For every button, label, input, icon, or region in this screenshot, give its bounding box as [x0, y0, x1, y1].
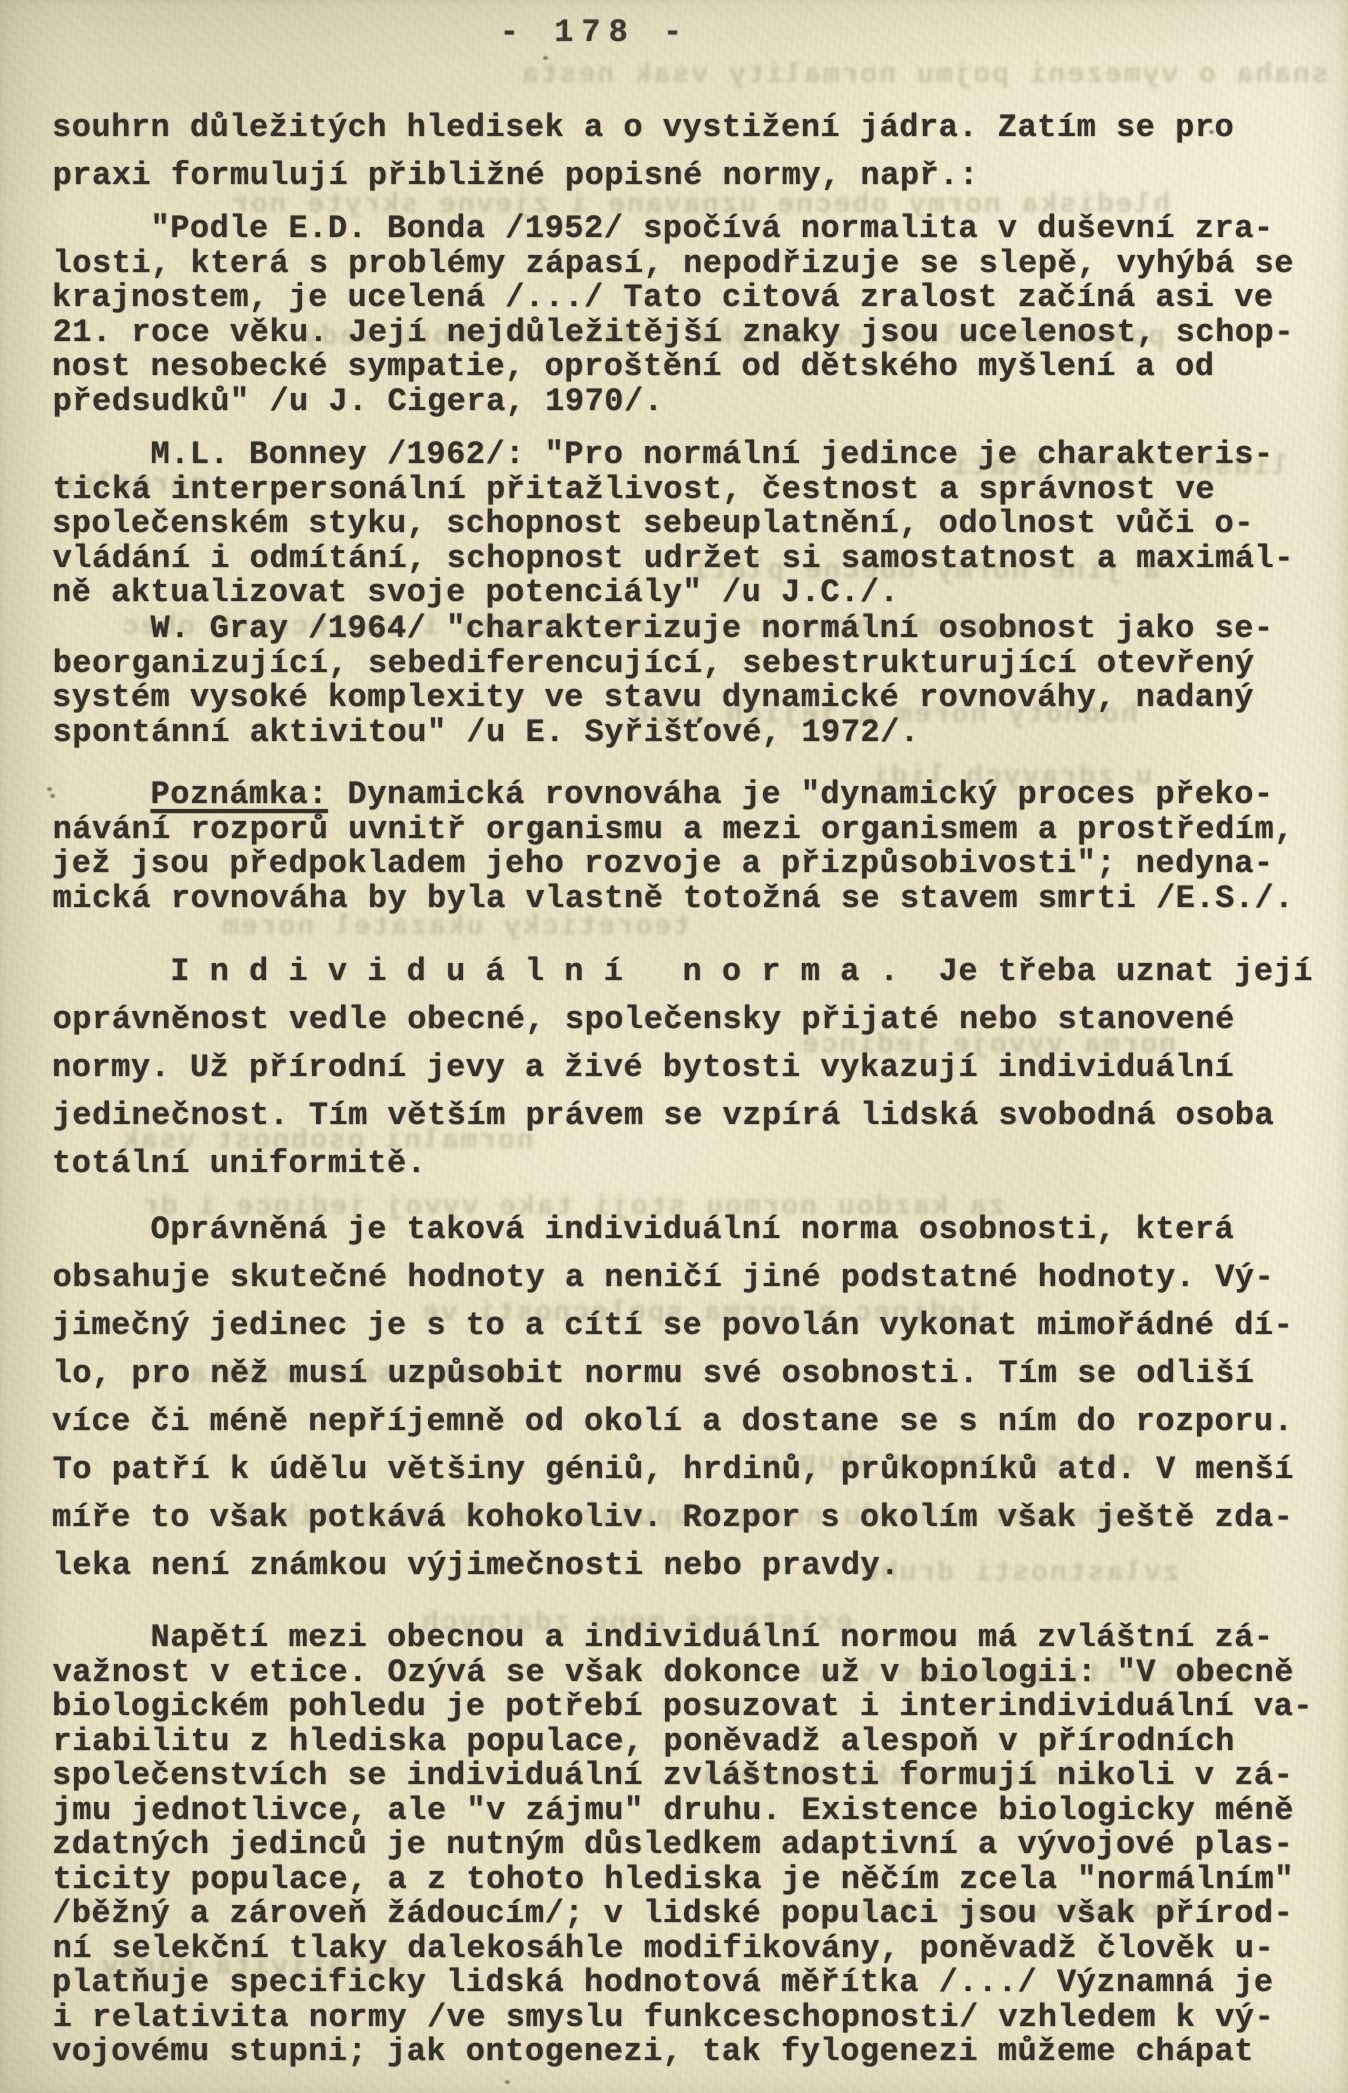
underlined-label: Poznámka: — [151, 776, 328, 813]
text-segment: Dynamická rovnováha je "dynamický proces… — [328, 776, 1274, 813]
text-line: W. Gray /1964/ "charakterizuje normální … — [52, 612, 1322, 647]
text-line: normy. Už přírodní jevy a živé bytosti v… — [52, 1044, 1322, 1092]
paragraph: Oprávněná je taková individuální norma o… — [52, 1206, 1322, 1590]
text-line: tická interpersonální přitažlivost, čest… — [53, 473, 1323, 508]
text-segment — [52, 776, 151, 813]
text-line: zdatných jedinců je nutným důsledkem ada… — [52, 1828, 1322, 1863]
ink-speck — [47, 787, 52, 791]
paragraph: I n d i v i d u á l n í n o r m a . Je t… — [52, 948, 1322, 1188]
paragraph: Poznámka: Dynamická rovnováha je "dynami… — [52, 778, 1322, 916]
text-line: ticity populace, a z tohoto hlediska je … — [53, 1863, 1323, 1898]
text-line: oprávněnost vedle obecné, společensky př… — [53, 996, 1323, 1044]
text-line: važnost v etice. Ozývá se však dokonce u… — [53, 1656, 1323, 1691]
text-line: krajnostem, je ucelená /.../ Tato citová… — [52, 281, 1322, 316]
text-line: ně aktualizovat svoje potenciály" /u J.C… — [52, 576, 1322, 611]
text-line: Oprávněná je taková individuální norma o… — [52, 1206, 1322, 1254]
scanned-document-page: snaha o vymezeni pojmu normality vsak ne… — [0, 0, 1348, 2093]
text-line: beorganizující, sebediferencující, sebes… — [53, 647, 1323, 682]
text-line: více či méně nepříjemně od okolí a dosta… — [52, 1398, 1322, 1446]
paragraph: Napětí mezi obecnou a individuální normo… — [52, 1621, 1322, 2070]
text-line: vojovému stupni; jak ontogenezi, tak fyl… — [52, 2035, 1322, 2070]
text-line: i relativita normy /ve smyslu funkcescho… — [53, 2001, 1323, 2036]
text-line: společenském styku, schopnost sebeuplatn… — [52, 507, 1322, 542]
paragraph: W. Gray /1964/ "charakterizuje normální … — [52, 612, 1322, 750]
text-line: jedinečnost. Tím větším právem se vzpírá… — [53, 1092, 1323, 1140]
text-line: "Podle E.D. Bonda /1952/ spočívá normali… — [52, 212, 1322, 247]
text-body: souhrn důležitých hledisek a o vystižení… — [0, 0, 1348, 2093]
text-line: míře to však potkává kohokoliv. Rozpor s… — [52, 1494, 1322, 1542]
paragraph: "Podle E.D. Bonda /1952/ spočívá normali… — [52, 212, 1322, 419]
ink-speck — [1209, 130, 1214, 134]
ink-speck — [505, 2080, 510, 2084]
text-line: návání rozporů uvnitř organismu a mezi o… — [53, 813, 1323, 848]
text-line: /běžný a zároveň žádoucím/; v lidské pop… — [52, 1897, 1322, 1932]
text-line: jež jsou předpokladem jeho rozvoje a při… — [52, 847, 1322, 882]
text-line: mická rovnováha by byla vlastně totožná … — [53, 882, 1323, 917]
text-line: jimečný jedinec je s to a cítí se povolá… — [52, 1302, 1322, 1350]
text-line: leka není známkou výjimečnosti nebo prav… — [53, 1542, 1323, 1590]
text-line: předsudků" /u J. Cigera, 1970/. — [53, 385, 1323, 420]
text-line: společenstvích se individuální zvláštnos… — [52, 1759, 1322, 1794]
text-line: praxi formulují přibližné popisné normy,… — [53, 152, 1323, 200]
text-line: souhrn důležitých hledisek a o vystižení… — [52, 104, 1322, 152]
text-line: lo, pro něž musí uzpůsobit normu své oso… — [53, 1350, 1323, 1398]
text-line: jmu jednotlivce, ale "v zájmu" druhu. Ex… — [53, 1794, 1323, 1829]
text-line: ní selekční tlaky dalekosáhle modifiková… — [53, 1932, 1323, 1967]
text-line: nost nesobecké sympatie, oproštění od dě… — [52, 350, 1322, 385]
text-line: I n d i v i d u á l n í n o r m a . Je t… — [52, 948, 1322, 996]
text-line: vládání i odmítání, schopnost udržet si … — [53, 542, 1323, 577]
text-line: biologickém pohledu je potřebí posuzovat… — [52, 1690, 1322, 1725]
text-line: platňuje specificky lidská hodnotová měř… — [52, 1966, 1322, 2001]
text-line: To patří k údělu většiny géniů, hrdinů, … — [53, 1446, 1323, 1494]
text-line: M.L. Bonney /1962/: "Pro normální jedinc… — [52, 438, 1322, 473]
ink-speck — [50, 794, 55, 798]
text-line: losti, která s problémy zápasí, nepodřiz… — [53, 247, 1323, 282]
text-line: Poznámka: Dynamická rovnováha je "dynami… — [52, 778, 1322, 813]
text-line: systém vysoké komplexity ve stavu dynami… — [52, 681, 1322, 716]
text-line: Napětí mezi obecnou a individuální normo… — [52, 1621, 1322, 1656]
text-line: spontánní aktivitou" /u E. Syřišťové, 19… — [53, 716, 1323, 751]
ink-speck — [543, 56, 548, 60]
text-line: riabilitu z hlediska populace, poněvadž … — [53, 1725, 1323, 1760]
paragraph: M.L. Bonney /1962/: "Pro normální jedinc… — [52, 438, 1322, 611]
text-line: 21. roce věku. Její nejdůležitější znaky… — [53, 316, 1323, 351]
paragraph: souhrn důležitých hledisek a o vystižení… — [52, 104, 1322, 200]
text-line: obsahuje skutečné hodnoty a neničí jiné … — [53, 1254, 1323, 1302]
text-line: totální uniformitě. — [52, 1140, 1322, 1188]
